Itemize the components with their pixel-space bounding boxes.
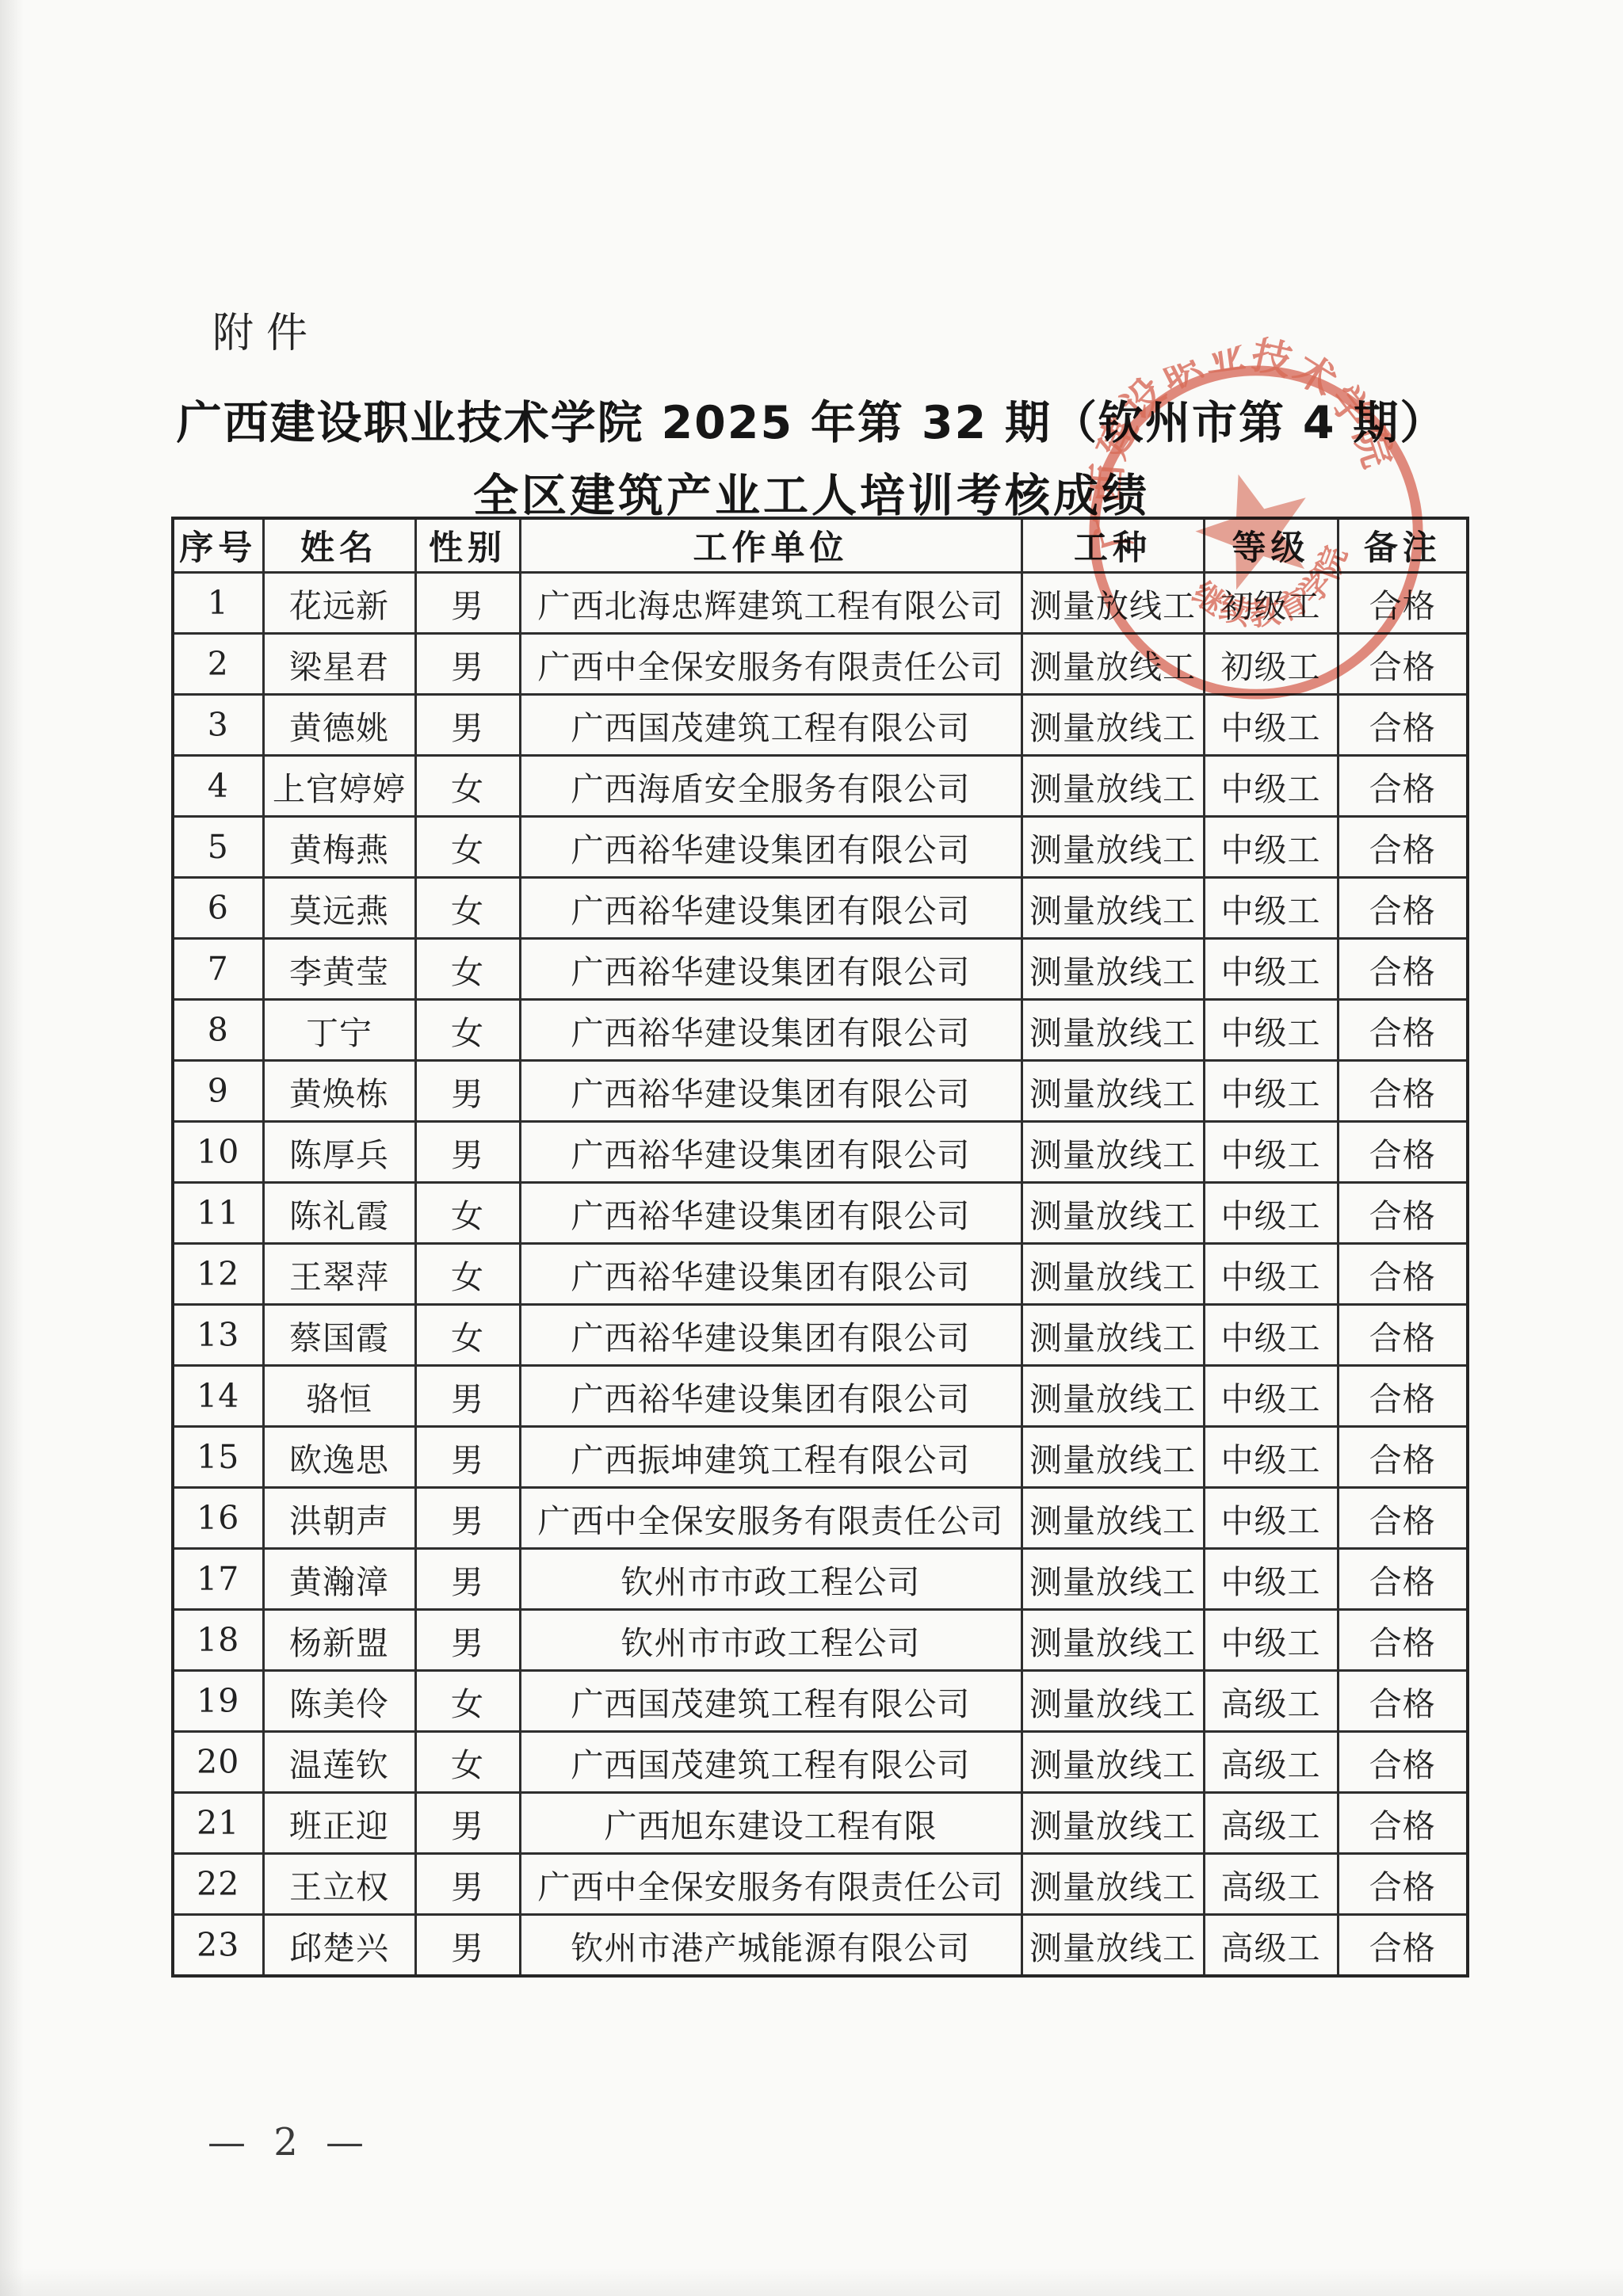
table-cell-level: 初级工 bbox=[1204, 573, 1338, 634]
table-cell-employer: 广西国茂建筑工程有限公司 bbox=[520, 695, 1022, 756]
table-cell-trade: 测量放线工 bbox=[1022, 1732, 1204, 1793]
table-cell-no: 11 bbox=[173, 1183, 263, 1244]
table-cell-name: 黄德姚 bbox=[263, 695, 415, 756]
table-cell-gender: 女 bbox=[415, 1671, 520, 1732]
table-cell-no: 20 bbox=[173, 1732, 263, 1793]
table-cell-remark: 合格 bbox=[1338, 1183, 1468, 1244]
table-cell-employer: 广西裕华建设集团有限公司 bbox=[520, 1061, 1022, 1122]
table-cell-employer: 广西裕华建设集团有限公司 bbox=[520, 1000, 1022, 1061]
table-cell-no: 5 bbox=[173, 817, 263, 878]
table-row: 6莫远燕女广西裕华建设集团有限公司测量放线工中级工合格 bbox=[173, 878, 1468, 939]
table-cell-gender: 男 bbox=[415, 1854, 520, 1915]
table-header-row: 序号姓名性别工作单位工种等级备注 bbox=[173, 518, 1468, 573]
table-row: 22王立权男广西中全保安服务有限责任公司测量放线工高级工合格 bbox=[173, 1854, 1468, 1915]
table-cell-no: 22 bbox=[173, 1854, 263, 1915]
table-row: 23邱楚兴男钦州市港产城能源有限公司测量放线工高级工合格 bbox=[173, 1915, 1468, 1977]
table-cell-gender: 女 bbox=[415, 939, 520, 1000]
scan-edge-artifact-bottom bbox=[0, 2267, 1623, 2296]
table-cell-no: 8 bbox=[173, 1000, 263, 1061]
table-cell-name: 骆恒 bbox=[263, 1366, 415, 1427]
table-cell-level: 高级工 bbox=[1204, 1854, 1338, 1915]
table-row: 15欧逸思男广西振坤建筑工程有限公司测量放线工中级工合格 bbox=[173, 1427, 1468, 1488]
table-cell-no: 14 bbox=[173, 1366, 263, 1427]
table-cell-name: 班正迎 bbox=[263, 1793, 415, 1854]
table-cell-no: 1 bbox=[173, 573, 263, 634]
table-row: 12王翠萍女广西裕华建设集团有限公司测量放线工中级工合格 bbox=[173, 1244, 1468, 1305]
table-cell-no: 15 bbox=[173, 1427, 263, 1488]
table-cell-employer: 广西裕华建设集团有限公司 bbox=[520, 1183, 1022, 1244]
table-cell-trade: 测量放线工 bbox=[1022, 1122, 1204, 1183]
table-cell-no: 23 bbox=[173, 1915, 263, 1977]
table-row: 7李黄莹女广西裕华建设集团有限公司测量放线工中级工合格 bbox=[173, 939, 1468, 1000]
table-cell-trade: 测量放线工 bbox=[1022, 817, 1204, 878]
table-cell-remark: 合格 bbox=[1338, 1366, 1468, 1427]
table-row: 4上官婷婷女广西海盾安全服务有限公司测量放线工中级工合格 bbox=[173, 756, 1468, 817]
table-cell-gender: 女 bbox=[415, 1183, 520, 1244]
table-cell-name: 李黄莹 bbox=[263, 939, 415, 1000]
table-cell-level: 中级工 bbox=[1204, 1122, 1338, 1183]
table-cell-gender: 男 bbox=[415, 1427, 520, 1488]
table-cell-employer: 广西裕华建设集团有限公司 bbox=[520, 817, 1022, 878]
table-cell-trade: 测量放线工 bbox=[1022, 1244, 1204, 1305]
table-cell-remark: 合格 bbox=[1338, 634, 1468, 695]
table-cell-remark: 合格 bbox=[1338, 1549, 1468, 1610]
table-cell-trade: 测量放线工 bbox=[1022, 1488, 1204, 1549]
table-cell-level: 中级工 bbox=[1204, 1244, 1338, 1305]
table-row: 3黄德姚男广西国茂建筑工程有限公司测量放线工中级工合格 bbox=[173, 695, 1468, 756]
table-cell-gender: 男 bbox=[415, 1488, 520, 1549]
table-body: 1花远新男广西北海忠辉建筑工程有限公司测量放线工初级工合格2梁星君男广西中全保安… bbox=[173, 573, 1468, 1977]
table-row: 21班正迎男广西旭东建设工程有限测量放线工高级工合格 bbox=[173, 1793, 1468, 1854]
table-cell-remark: 合格 bbox=[1338, 817, 1468, 878]
table-cell-employer: 广西裕华建设集团有限公司 bbox=[520, 1122, 1022, 1183]
table-cell-trade: 测量放线工 bbox=[1022, 1793, 1204, 1854]
table-cell-level: 中级工 bbox=[1204, 817, 1338, 878]
table-cell-level: 初级工 bbox=[1204, 634, 1338, 695]
table-cell-trade: 测量放线工 bbox=[1022, 1549, 1204, 1610]
table-cell-name: 陈礼霞 bbox=[263, 1183, 415, 1244]
table-cell-level: 中级工 bbox=[1204, 1305, 1338, 1366]
table-cell-level: 高级工 bbox=[1204, 1732, 1338, 1793]
table-cell-gender: 男 bbox=[415, 695, 520, 756]
table-cell-level: 中级工 bbox=[1204, 1366, 1338, 1427]
table-cell-no: 12 bbox=[173, 1244, 263, 1305]
table-cell-level: 中级工 bbox=[1204, 756, 1338, 817]
table-cell-level: 中级工 bbox=[1204, 1488, 1338, 1549]
table-cell-trade: 测量放线工 bbox=[1022, 573, 1204, 634]
table-cell-employer: 广西裕华建设集团有限公司 bbox=[520, 1305, 1022, 1366]
table-cell-gender: 女 bbox=[415, 817, 520, 878]
table-cell-level: 中级工 bbox=[1204, 695, 1338, 756]
table-row: 16洪朝声男广西中全保安服务有限责任公司测量放线工中级工合格 bbox=[173, 1488, 1468, 1549]
header-cell-no: 序号 bbox=[173, 518, 263, 573]
table-row: 20温莲钦女广西国茂建筑工程有限公司测量放线工高级工合格 bbox=[173, 1732, 1468, 1793]
table-cell-no: 6 bbox=[173, 878, 263, 939]
header-cell-name: 姓名 bbox=[263, 518, 415, 573]
table-cell-no: 9 bbox=[173, 1061, 263, 1122]
table-row: 10陈厚兵男广西裕华建设集团有限公司测量放线工中级工合格 bbox=[173, 1122, 1468, 1183]
table-cell-gender: 男 bbox=[415, 573, 520, 634]
table-cell-employer: 广西裕华建设集团有限公司 bbox=[520, 1366, 1022, 1427]
table-cell-trade: 测量放线工 bbox=[1022, 695, 1204, 756]
table-cell-employer: 钦州市市政工程公司 bbox=[520, 1610, 1022, 1671]
table-cell-employer: 广西国茂建筑工程有限公司 bbox=[520, 1671, 1022, 1732]
table-cell-name: 花远新 bbox=[263, 573, 415, 634]
table-cell-gender: 男 bbox=[415, 1122, 520, 1183]
table-cell-gender: 男 bbox=[415, 634, 520, 695]
table-cell-name: 欧逸思 bbox=[263, 1427, 415, 1488]
table-cell-no: 21 bbox=[173, 1793, 263, 1854]
table-cell-remark: 合格 bbox=[1338, 1671, 1468, 1732]
page-number: — 2 — bbox=[208, 2120, 372, 2164]
table-cell-no: 18 bbox=[173, 1610, 263, 1671]
table-cell-name: 王翠萍 bbox=[263, 1244, 415, 1305]
table-row: 9黄焕栋男广西裕华建设集团有限公司测量放线工中级工合格 bbox=[173, 1061, 1468, 1122]
doc-title-line-2: 全区建筑产业工人培训考核成绩 bbox=[0, 460, 1623, 524]
table-cell-remark: 合格 bbox=[1338, 1061, 1468, 1122]
table-cell-employer: 广西裕华建设集团有限公司 bbox=[520, 1244, 1022, 1305]
table-cell-remark: 合格 bbox=[1338, 756, 1468, 817]
table-cell-no: 13 bbox=[173, 1305, 263, 1366]
table-cell-gender: 男 bbox=[415, 1061, 520, 1122]
table-cell-trade: 测量放线工 bbox=[1022, 1000, 1204, 1061]
table-cell-name: 蔡国霞 bbox=[263, 1305, 415, 1366]
table-cell-employer: 广西北海忠辉建筑工程有限公司 bbox=[520, 573, 1022, 634]
table-cell-name: 邱楚兴 bbox=[263, 1915, 415, 1977]
table-cell-trade: 测量放线工 bbox=[1022, 1183, 1204, 1244]
table-cell-employer: 广西旭东建设工程有限 bbox=[520, 1793, 1022, 1854]
table-cell-name: 黄瀚漳 bbox=[263, 1549, 415, 1610]
table-cell-gender: 女 bbox=[415, 756, 520, 817]
table-cell-name: 黄焕栋 bbox=[263, 1061, 415, 1122]
header-cell-trade: 工种 bbox=[1022, 518, 1204, 573]
table-cell-employer: 广西裕华建设集团有限公司 bbox=[520, 939, 1022, 1000]
table-cell-no: 2 bbox=[173, 634, 263, 695]
table-cell-employer: 广西裕华建设集团有限公司 bbox=[520, 878, 1022, 939]
table-cell-trade: 测量放线工 bbox=[1022, 1061, 1204, 1122]
table-cell-trade: 测量放线工 bbox=[1022, 756, 1204, 817]
table-cell-employer: 广西国茂建筑工程有限公司 bbox=[520, 1732, 1022, 1793]
table-cell-name: 梁星君 bbox=[263, 634, 415, 695]
table-cell-name: 洪朝声 bbox=[263, 1488, 415, 1549]
table-cell-gender: 男 bbox=[415, 1549, 520, 1610]
table-cell-gender: 女 bbox=[415, 1000, 520, 1061]
table-cell-name: 黄梅燕 bbox=[263, 817, 415, 878]
table-cell-employer: 钦州市港产城能源有限公司 bbox=[520, 1915, 1022, 1977]
table-cell-level: 中级工 bbox=[1204, 1427, 1338, 1488]
table-row: 8丁宁女广西裕华建设集团有限公司测量放线工中级工合格 bbox=[173, 1000, 1468, 1061]
table-cell-remark: 合格 bbox=[1338, 1793, 1468, 1854]
table-cell-remark: 合格 bbox=[1338, 1915, 1468, 1977]
table-cell-remark: 合格 bbox=[1338, 1732, 1468, 1793]
table-cell-name: 杨新盟 bbox=[263, 1610, 415, 1671]
document-page: 附件 广西建设职业技术学院 2025 年第 32 期（钦州市第 4 期） 全区建… bbox=[0, 0, 1623, 2296]
table-cell-level: 高级工 bbox=[1204, 1671, 1338, 1732]
table-cell-no: 19 bbox=[173, 1671, 263, 1732]
table-cell-no: 16 bbox=[173, 1488, 263, 1549]
table-cell-trade: 测量放线工 bbox=[1022, 1610, 1204, 1671]
table-cell-level: 中级工 bbox=[1204, 1549, 1338, 1610]
table-cell-level: 高级工 bbox=[1204, 1793, 1338, 1854]
table-cell-trade: 测量放线工 bbox=[1022, 1854, 1204, 1915]
table-cell-remark: 合格 bbox=[1338, 1610, 1468, 1671]
table-cell-employer: 广西中全保安服务有限责任公司 bbox=[520, 1854, 1022, 1915]
table-cell-level: 中级工 bbox=[1204, 939, 1338, 1000]
table-cell-employer: 广西振坤建筑工程有限公司 bbox=[520, 1427, 1022, 1488]
table-cell-level: 中级工 bbox=[1204, 1061, 1338, 1122]
table-cell-trade: 测量放线工 bbox=[1022, 878, 1204, 939]
table-cell-trade: 测量放线工 bbox=[1022, 1366, 1204, 1427]
table-cell-gender: 女 bbox=[415, 878, 520, 939]
table-cell-remark: 合格 bbox=[1338, 695, 1468, 756]
table-cell-level: 中级工 bbox=[1204, 878, 1338, 939]
table-cell-name: 陈厚兵 bbox=[263, 1122, 415, 1183]
header-cell-remark: 备注 bbox=[1338, 518, 1468, 573]
attachment-label: 附件 bbox=[212, 299, 320, 359]
table-row: 1花远新男广西北海忠辉建筑工程有限公司测量放线工初级工合格 bbox=[173, 573, 1468, 634]
table-row: 13蔡国霞女广西裕华建设集团有限公司测量放线工中级工合格 bbox=[173, 1305, 1468, 1366]
table-cell-remark: 合格 bbox=[1338, 939, 1468, 1000]
table-cell-remark: 合格 bbox=[1338, 1122, 1468, 1183]
table-cell-remark: 合格 bbox=[1338, 1488, 1468, 1549]
header-cell-level: 等级 bbox=[1204, 518, 1338, 573]
table-cell-trade: 测量放线工 bbox=[1022, 634, 1204, 695]
table-cell-remark: 合格 bbox=[1338, 1854, 1468, 1915]
table-cell-gender: 男 bbox=[415, 1915, 520, 1977]
table-cell-no: 17 bbox=[173, 1549, 263, 1610]
table-cell-employer: 广西中全保安服务有限责任公司 bbox=[520, 1488, 1022, 1549]
table-cell-level: 高级工 bbox=[1204, 1915, 1338, 1977]
table-cell-level: 中级工 bbox=[1204, 1000, 1338, 1061]
table-cell-trade: 测量放线工 bbox=[1022, 1427, 1204, 1488]
table-cell-remark: 合格 bbox=[1338, 1305, 1468, 1366]
table-cell-gender: 男 bbox=[415, 1793, 520, 1854]
table-cell-name: 陈美伶 bbox=[263, 1671, 415, 1732]
table-cell-gender: 女 bbox=[415, 1732, 520, 1793]
table-row: 2梁星君男广西中全保安服务有限责任公司测量放线工初级工合格 bbox=[173, 634, 1468, 695]
table-row: 14骆恒男广西裕华建设集团有限公司测量放线工中级工合格 bbox=[173, 1366, 1468, 1427]
table-cell-name: 莫远燕 bbox=[263, 878, 415, 939]
table-cell-no: 7 bbox=[173, 939, 263, 1000]
table-cell-level: 中级工 bbox=[1204, 1183, 1338, 1244]
scan-edge-artifact-left bbox=[0, 0, 24, 2296]
table-cell-no: 4 bbox=[173, 756, 263, 817]
table-cell-remark: 合格 bbox=[1338, 878, 1468, 939]
table-cell-name: 丁宁 bbox=[263, 1000, 415, 1061]
table-cell-remark: 合格 bbox=[1338, 1000, 1468, 1061]
table-cell-level: 中级工 bbox=[1204, 1610, 1338, 1671]
table-cell-employer: 钦州市市政工程公司 bbox=[520, 1549, 1022, 1610]
header-cell-employer: 工作单位 bbox=[520, 518, 1022, 573]
table-cell-name: 王立权 bbox=[263, 1854, 415, 1915]
table-cell-remark: 合格 bbox=[1338, 1427, 1468, 1488]
table-cell-gender: 女 bbox=[415, 1244, 520, 1305]
table-cell-gender: 男 bbox=[415, 1366, 520, 1427]
table-cell-no: 3 bbox=[173, 695, 263, 756]
table-row: 5黄梅燕女广西裕华建设集团有限公司测量放线工中级工合格 bbox=[173, 817, 1468, 878]
table-cell-name: 温莲钦 bbox=[263, 1732, 415, 1793]
table-row: 18杨新盟男钦州市市政工程公司测量放线工中级工合格 bbox=[173, 1610, 1468, 1671]
doc-title-line-1: 广西建设职业技术学院 2025 年第 32 期（钦州市第 4 期） bbox=[0, 387, 1623, 452]
table-cell-employer: 广西中全保安服务有限责任公司 bbox=[520, 634, 1022, 695]
table-cell-trade: 测量放线工 bbox=[1022, 1671, 1204, 1732]
table-cell-no: 10 bbox=[173, 1122, 263, 1183]
table-cell-gender: 男 bbox=[415, 1610, 520, 1671]
table-cell-trade: 测量放线工 bbox=[1022, 939, 1204, 1000]
table-cell-trade: 测量放线工 bbox=[1022, 1305, 1204, 1366]
table-cell-trade: 测量放线工 bbox=[1022, 1915, 1204, 1977]
table-cell-remark: 合格 bbox=[1338, 1244, 1468, 1305]
table-cell-employer: 广西海盾安全服务有限公司 bbox=[520, 756, 1022, 817]
table-row: 17黄瀚漳男钦州市市政工程公司测量放线工中级工合格 bbox=[173, 1549, 1468, 1610]
table-row: 19陈美伶女广西国茂建筑工程有限公司测量放线工高级工合格 bbox=[173, 1671, 1468, 1732]
table-cell-name: 上官婷婷 bbox=[263, 756, 415, 817]
table-row: 11陈礼霞女广西裕华建设集团有限公司测量放线工中级工合格 bbox=[173, 1183, 1468, 1244]
header-cell-gender: 性别 bbox=[415, 518, 520, 573]
table-cell-gender: 女 bbox=[415, 1305, 520, 1366]
table-cell-remark: 合格 bbox=[1338, 573, 1468, 634]
results-table: 序号姓名性别工作单位工种等级备注 1花远新男广西北海忠辉建筑工程有限公司测量放线… bbox=[171, 517, 1469, 1978]
